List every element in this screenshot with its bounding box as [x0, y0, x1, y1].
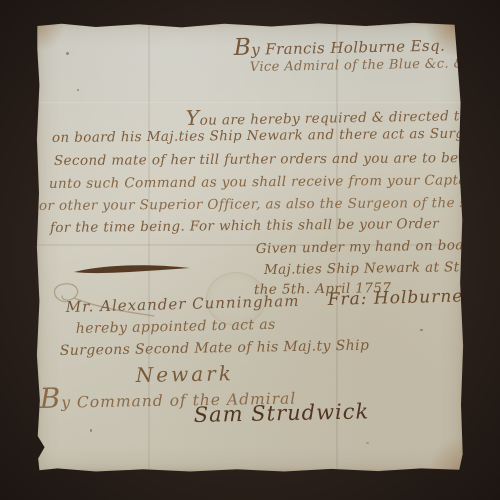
body-line: unto such Command as you shall receive f… — [49, 172, 481, 192]
dateline-line: Given under my hand on board his — [256, 237, 500, 257]
foxing-speck — [90, 429, 92, 432]
photo-background: By Francis Holburne Esq. Vice Admiral of… — [0, 0, 500, 500]
foxing-speck — [420, 329, 423, 331]
appointment-line: hereby appointed to act as — [76, 317, 276, 337]
body-line: Second mate of her till further orders a… — [54, 150, 500, 169]
dateline-line: Maj.ties Ship Newark at St. Helens — [264, 258, 500, 278]
appointment-line: Surgeons Second Mate of his Maj.ty Ship — [60, 338, 370, 359]
foxing-speck — [66, 52, 69, 55]
secretary-signature: Sam Strudwick — [193, 399, 369, 427]
header-rank-line: Vice Admiral of the Blue &c. &c. &c. — [250, 56, 500, 75]
admiral-signature: Fra: Holburne — [327, 286, 463, 310]
foxing-speck — [77, 89, 79, 91]
body-line: for the time being. For which this shall… — [50, 216, 439, 236]
manuscript-paper: By Francis Holburne Esq. Vice Admiral of… — [36, 22, 464, 472]
foxing-speck — [366, 442, 369, 444]
body-line: or other your Superior Officer, as also … — [39, 195, 500, 214]
body-line: on board his Maj.ties Ship Newark and th… — [52, 125, 498, 146]
